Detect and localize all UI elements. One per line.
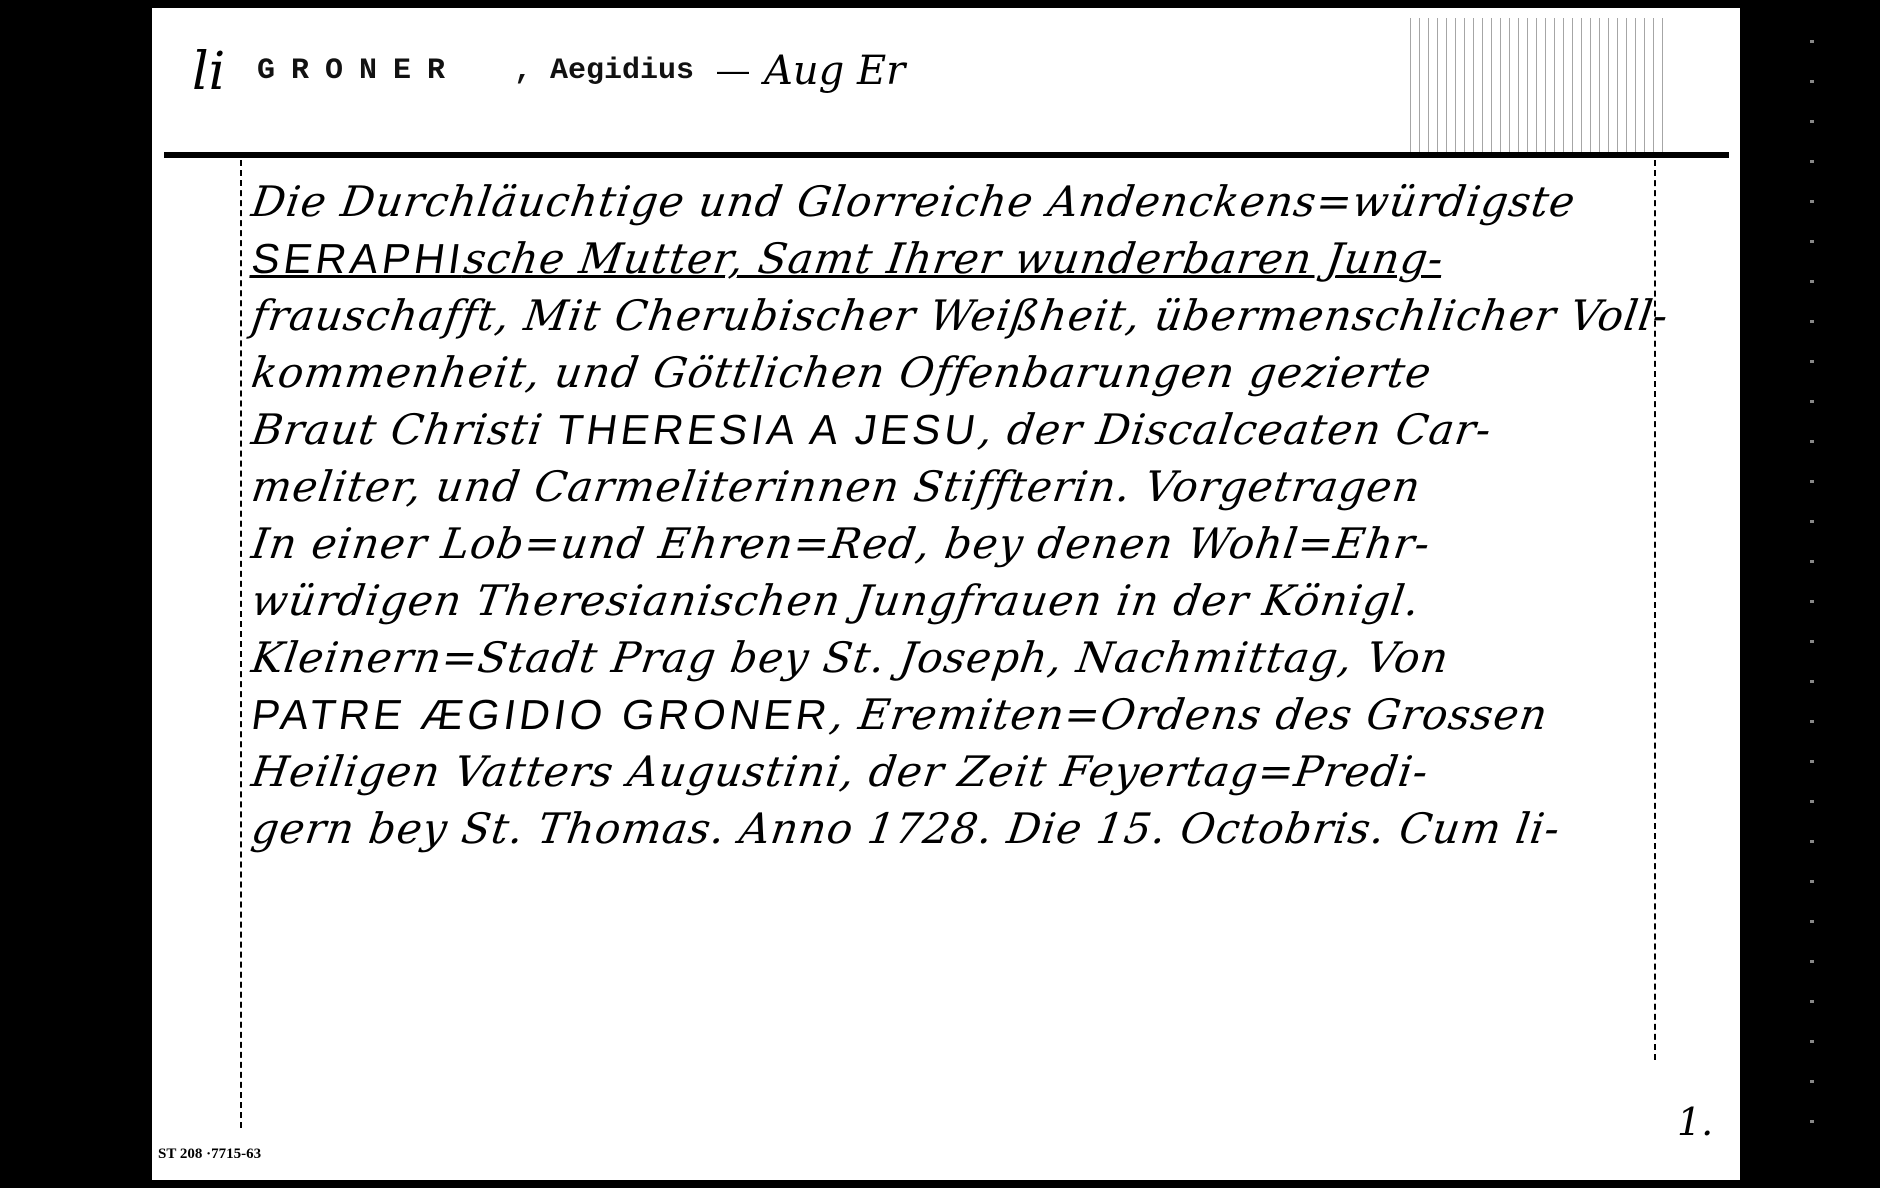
text-line: Die Durchläuchtige und Glorreiche Andenc…	[248, 173, 1656, 230]
card-reference-code: ST 208 ·7715-63	[158, 1146, 261, 1163]
card-number: 1.	[1677, 1100, 1713, 1144]
text-line: PATRE ÆGIDIO GRONER, Eremiten=Ordens des…	[248, 686, 1656, 743]
text-line: gern bey St. Thomas. Anno 1728. Die 15. …	[248, 800, 1656, 857]
header-rule	[164, 152, 1729, 158]
handwritten-title-transcription: Die Durchläuchtige und Glorreiche Andenc…	[252, 173, 1652, 857]
text-line: SERAPHIsche Mutter, Samt Ihrer wunderbar…	[248, 230, 1656, 287]
text-line: In einer Lob=und Ehren=Red, bey denen Wo…	[248, 515, 1656, 572]
text-line: würdigen Theresianischen Jungfrauen in d…	[248, 572, 1656, 629]
text-line: frauschafft, Mit Cherubischer Weißheit, …	[248, 287, 1656, 344]
header-dash: —	[717, 52, 749, 89]
text-line: kommenheit, und Göttlichen Offenbarungen…	[248, 344, 1656, 401]
text-line: meliter, und Carmeliterinnen Stiffterin.…	[248, 458, 1656, 515]
author-given-name: , Aegidius	[514, 54, 694, 88]
text-line: Kleinern=Stadt Prag bey St. Joseph, Nach…	[248, 629, 1656, 686]
card-header: li GRONER , Aegidius — Aug Er	[152, 8, 1740, 154]
catalog-card: li GRONER , Aegidius — Aug Er Die Durchl…	[152, 8, 1740, 1180]
left-margin-line	[240, 160, 242, 1128]
faded-stamp-mark	[1410, 18, 1670, 158]
author-surname: GRONER	[257, 54, 461, 88]
scan-edge-artifacts	[1810, 40, 1814, 1160]
text-line: Heiligen Vatters Augustini, der Zeit Fey…	[248, 743, 1656, 800]
handwritten-initials: li	[192, 42, 225, 102]
religious-order-note: Aug Er	[764, 48, 905, 94]
text-line: Braut Christi THERESIA A JESU, der Disca…	[248, 401, 1656, 458]
